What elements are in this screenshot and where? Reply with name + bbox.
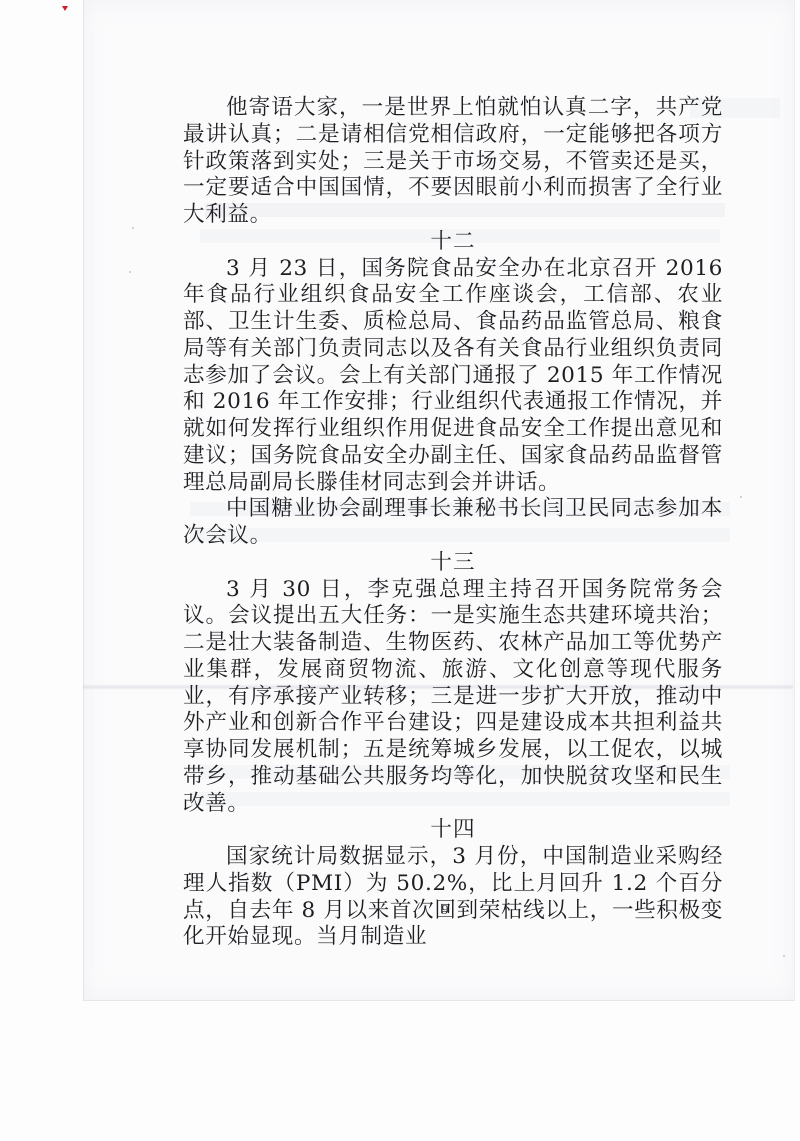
scan-speck <box>740 496 742 498</box>
scan-speck <box>783 955 785 957</box>
section-heading-13: 十三 <box>183 550 723 577</box>
section-heading-12: 十二 <box>183 229 723 256</box>
section-heading-14: 十四 <box>183 817 723 844</box>
scan-speck <box>132 227 134 229</box>
paragraph: 3 月 23 日，国务院食品安全办在北京召开 2016 年食品行业组织食品安全工… <box>183 256 723 497</box>
paragraph: 中国糖业协会副理事长兼秘书长闫卫民同志参加本次会议。 <box>183 496 723 550</box>
paragraph: 他寄语大家，一是世界上怕就怕认真二字，共产党最讲认真；二是请相信党相信政府，一定… <box>183 95 723 229</box>
scan-speck <box>129 271 131 273</box>
document-body: 他寄语大家，一是世界上怕就怕认真二字，共产党最讲认真；二是请相信党相信政府，一定… <box>183 95 723 951</box>
paragraph: 3 月 30 日，李克强总理主持召开国务院常务会议。会议提出五大任务：一是实施生… <box>183 577 723 818</box>
paragraph: 国家统计局数据显示，3 月份，中国制造业采购经理人指数（PMI）为 50.2%，… <box>183 844 723 951</box>
page-number: 9 <box>437 903 453 919</box>
red-corner-mark <box>62 6 68 11</box>
